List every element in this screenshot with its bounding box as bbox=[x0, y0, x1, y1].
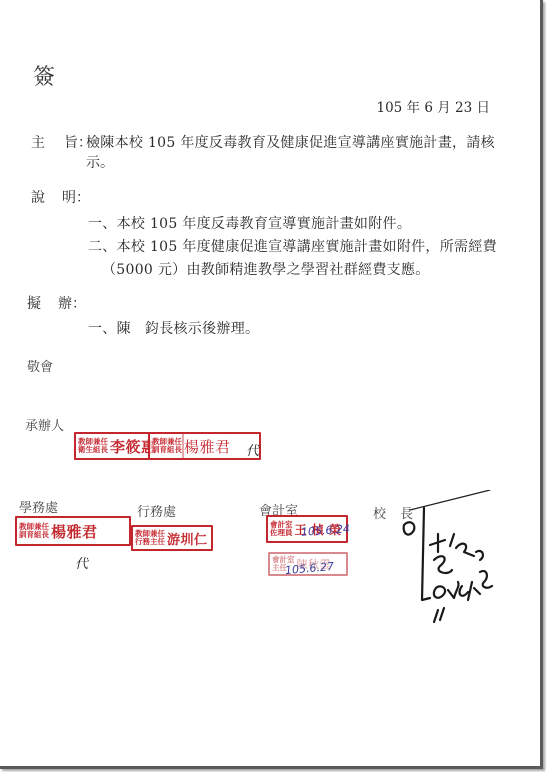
proxy-mark: 代 bbox=[75, 553, 88, 572]
description-label-b: 明： bbox=[62, 190, 90, 206]
document-type: 簽 bbox=[33, 60, 55, 91]
handler-label: 承辦人 bbox=[25, 415, 64, 434]
stamp-title: 教師兼任 訓育組長 bbox=[152, 438, 182, 455]
subject-line-2: 示。 bbox=[86, 152, 114, 172]
description-label: 說明： bbox=[31, 187, 90, 207]
stamp-title-line-2: 訓育組長 bbox=[19, 531, 49, 540]
description-label-a: 說 bbox=[31, 190, 45, 206]
subject-label-a: 主 bbox=[31, 135, 45, 151]
stamp-academic-yang: 教師兼任 訓育組長 楊雅君 bbox=[15, 516, 131, 546]
proposal-item-prefix: 一、陳 bbox=[88, 321, 131, 337]
description-item-2: 二、本校 105 年度健康促進宣導講座實施計畫如附件，所需經費 bbox=[88, 236, 497, 256]
stamp-title: 教師兼任 行務主任 bbox=[135, 530, 165, 547]
stamp-name: 楊雅君 bbox=[184, 436, 231, 457]
stamp-name: 楊雅君 bbox=[51, 521, 98, 542]
proposal-label: 擬辦： bbox=[27, 293, 86, 313]
description-item-1: 一、本校 105 年度反毒教育宣導實施計畫如附件。 bbox=[88, 213, 411, 233]
proposal-item-1: 一、陳鈞長核示後辦理。 bbox=[88, 318, 259, 338]
stamp-title-line-2: 行務主任 bbox=[135, 538, 165, 547]
stamp-title: 教師兼任 衛生組長 bbox=[78, 438, 108, 455]
proposal-item-rest: 鈞長核示後辦理。 bbox=[145, 321, 259, 337]
stamp-title-line-2: 訓育組長 bbox=[152, 446, 182, 455]
stamp-title-line-2: 衛生組長 bbox=[78, 446, 108, 455]
subject-label: 主旨： bbox=[31, 132, 92, 152]
principal-label-a: 校 bbox=[373, 507, 386, 522]
document-page: 簽 105 年 6 月 23 日 主旨： 檢陳本校 105 年度反毒教育及健康促… bbox=[0, 0, 543, 769]
stamp-title: 會計室 佐理員 bbox=[270, 521, 293, 538]
description-item-2-continued: （5000 元）由教師精進教學之學習社群經費支應。 bbox=[102, 259, 430, 279]
dept-academic-affairs: 學務處 bbox=[19, 497, 58, 516]
stamp-name: 游圳仁 bbox=[167, 529, 208, 548]
proposal-label-b: 辦： bbox=[58, 296, 86, 312]
document-date: 105 年 6 月 23 日 bbox=[377, 96, 491, 116]
proxy-mark: 代 bbox=[246, 440, 259, 459]
respectfully-consulted: 敬會 bbox=[27, 356, 53, 375]
stamp-handler-yang: 教師兼任 訓育組長 楊雅君 bbox=[148, 432, 261, 460]
dept-administration: 行務處 bbox=[137, 501, 176, 520]
proposal-label-a: 擬 bbox=[27, 296, 41, 312]
stamp-admin-you: 教師兼任 行務主任 游圳仁 bbox=[131, 525, 213, 551]
stamp-title: 教師兼任 訓育組長 bbox=[19, 523, 49, 540]
subject-line-1: 檢陳本校 105 年度反毒教育及健康促進宣導講座實施計畫，請核 bbox=[86, 132, 495, 152]
principal-signature-icon bbox=[400, 490, 530, 640]
stamp-title-line-2: 佐理員 bbox=[270, 529, 293, 538]
